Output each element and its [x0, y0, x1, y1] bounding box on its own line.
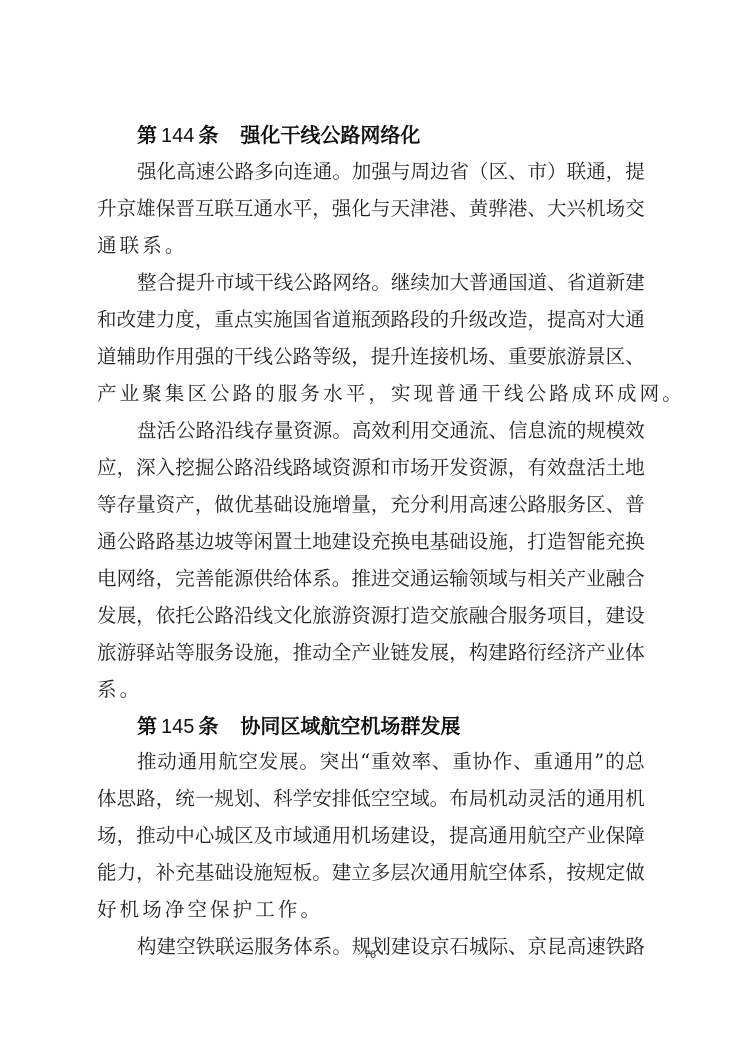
paragraph-line: 体思路，统一规划、科学安排低空空域。布局机动灵活的通用机 [97, 786, 645, 812]
article-title: 协同区域航空机场群发展 [240, 714, 460, 738]
paragraph-line: 应，深入挖掘公路沿线路域资源和市场开发资源，有效盘活土地 [97, 455, 645, 481]
paragraph-line: 通公路路基边坡等闲置土地建设充换电基础设施，打造智能充换 [97, 529, 645, 555]
page-number: 76 [360, 949, 380, 961]
paragraph-line: 旅游驿站等服务设施，推动全产业链发展，构建路衍经济产业体 [97, 640, 645, 666]
paragraph-line: 升京雄保晋互联互通水平，强化与天津港、黄骅港、大兴机场交 [97, 196, 645, 222]
paragraph-line: 好机场净空保护工作。 [97, 897, 645, 923]
article-suffix: 条 [198, 714, 218, 738]
paragraph-line: 能力，补充基础设施短板。建立多层次通用航空体系，按规定做 [97, 860, 645, 886]
article-title: 强化干线公路网络化 [240, 123, 420, 147]
paragraph-line: 道辅助作用强的干线公路等级，提升连接机场、重要旅游景区、 [97, 344, 645, 370]
article-prefix: 第 [137, 714, 157, 738]
paragraph-line: 和改建力度，重点实施国省道瓶颈路段的升级改造，提高对大通 [97, 307, 645, 333]
article-number: 145 [161, 716, 194, 738]
article-suffix: 条 [198, 123, 218, 147]
paragraph-line: 产业聚集区公路的服务水平，实现普通干线公路成环成网。 [97, 381, 645, 407]
paragraph-line: 构建空铁联运服务体系。规划建设京石城际、京昆高速铁路 [137, 934, 645, 960]
article-144-heading: 第144条强化干线公路网络化 [137, 121, 420, 149]
paragraph-line: 场，推动中心城区及市域通用机场建设，提高通用航空产业保障 [97, 823, 645, 849]
paragraph-line: 发展，依托公路沿线文化旅游资源打造交旅融合服务项目，建设 [97, 603, 645, 629]
paragraph-line: 盘活公路沿线存量资源。高效利用交通流、信息流的规模效 [137, 418, 645, 444]
paragraph-line: 整合提升市域干线公路网络。继续加大普通国道、省道新建 [137, 270, 645, 296]
article-prefix: 第 [137, 123, 157, 147]
document-page: 第144条强化干线公路网络化 强化高速公路多向连通。加强与周边省（区、市）联通，… [0, 0, 740, 1047]
paragraph-line: 电网络，完善能源供给体系。推进交通运输领域与相关产业融合 [97, 566, 645, 592]
paragraph-line: 通联系。 [97, 233, 645, 259]
paragraph-line: 等存量资产，做优基础设施增量，充分利用高速公路服务区、普 [97, 492, 645, 518]
article-145-heading: 第145条协同区域航空机场群发展 [137, 712, 460, 740]
paragraph-line: 推动通用航空发展。突出“重效率、重协作、重通用”的总 [137, 749, 645, 775]
paragraph-line: 系。 [97, 677, 645, 703]
article-number: 144 [161, 125, 194, 147]
paragraph-line: 强化高速公路多向连通。加强与周边省（区、市）联通，提 [137, 159, 645, 185]
